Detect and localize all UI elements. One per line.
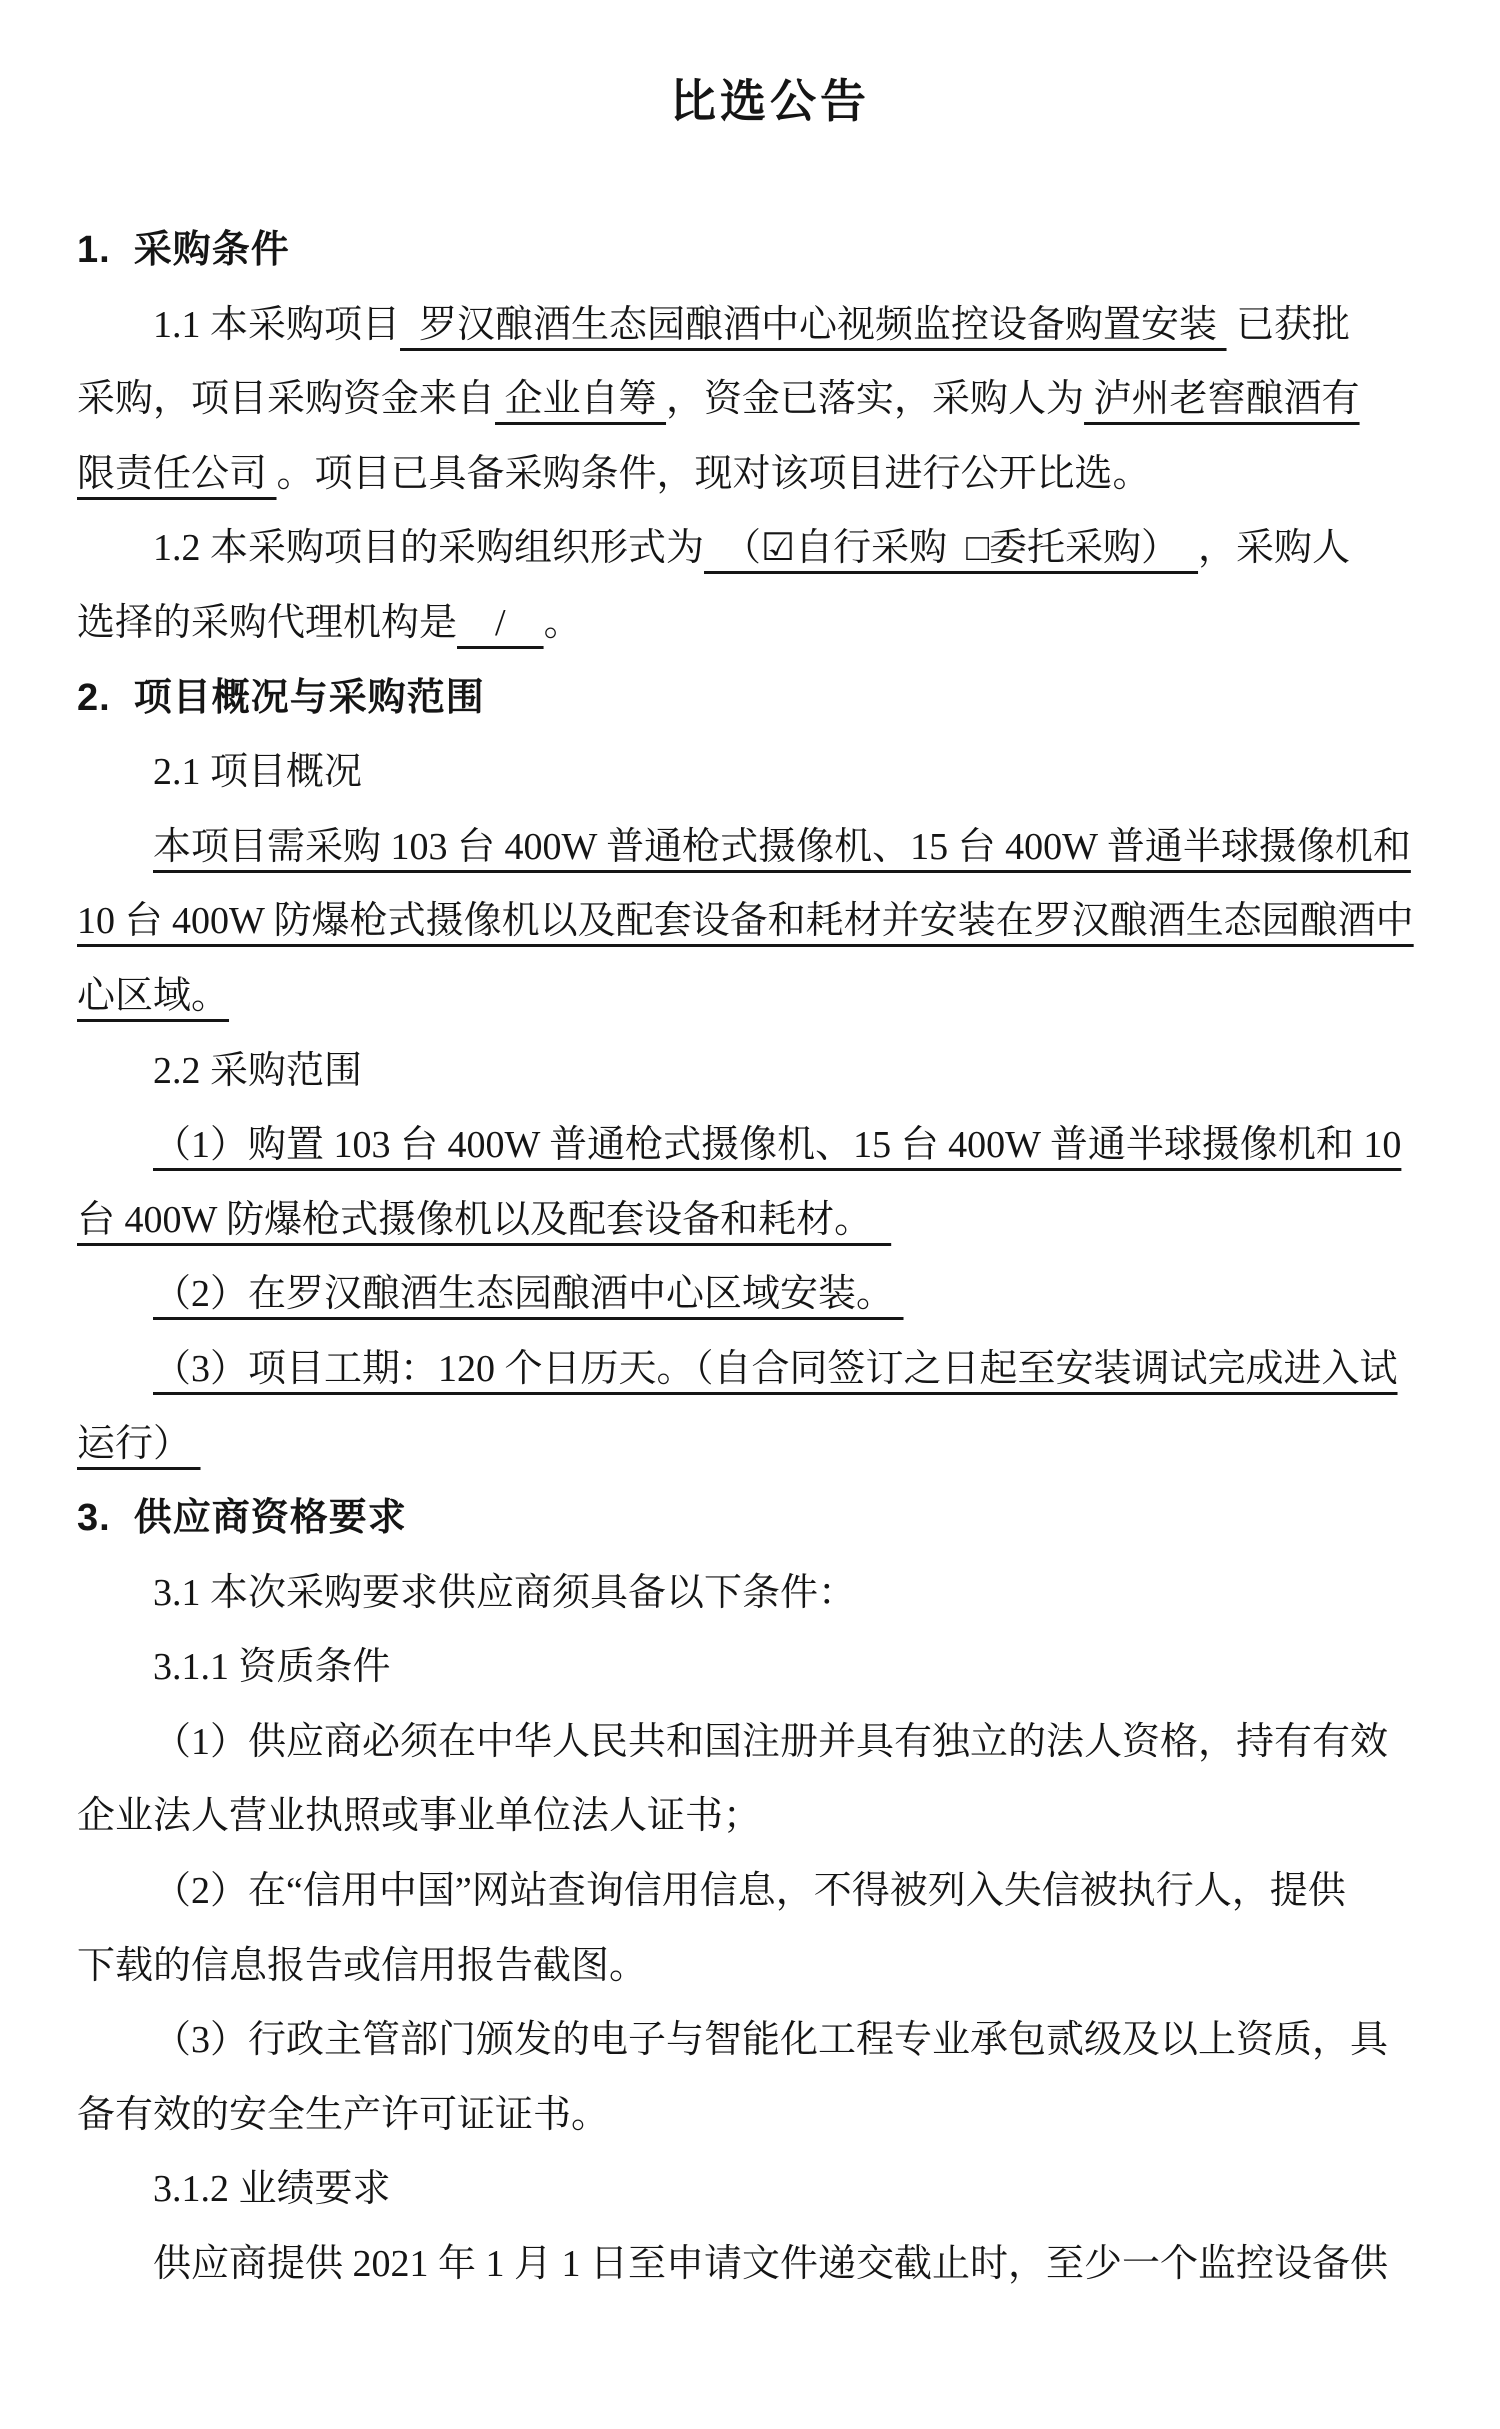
underlined-text: 台 400W 防爆枪式摄像机以及配套设备和耗材。	[77, 1199, 891, 1241]
text-segment: 选择的采购代理机构是	[77, 602, 457, 644]
text-segment: （1）供应商必须在中华人民共和国注册并具有独立的法人资格，持有有效	[153, 1721, 1388, 1763]
doc-line: （1）供应商必须在中华人民共和国注册并具有独立的法人资格，持有有效	[77, 1705, 1463, 1780]
doc-line: 限责任公司 。项目已具备采购条件，现对该项目进行公开比选。	[77, 437, 1463, 512]
doc-line: 企业法人营业执照或事业单位法人证书；	[77, 1779, 1463, 1854]
text-segment: 1.2 本采购项目的采购组织形式为	[153, 527, 704, 569]
doc-line: （1）购置 103 台 400W 普通枪式摄像机、15 台 400W 普通半球摄…	[77, 1108, 1463, 1183]
underlined-text: 泸州老窖酿酒有	[1084, 378, 1360, 420]
underlined-text: /	[457, 602, 544, 644]
doc-lines: 1. 采购条件1.1 本采购项目 罗汉酿酒生态园酿酒中心视频监控设备购置安装 已…	[77, 213, 1463, 2302]
text-segment: 3.1.1 资质条件	[153, 1646, 391, 1688]
doc-line: （3）行政主管部门颁发的电子与智能化工程专业承包贰级及以上资质，具	[77, 2003, 1463, 2078]
doc-line: （2）在“信用中国”网站查询信用信息，不得被列入失信被执行人，提供	[77, 1854, 1463, 1929]
doc-line: （2）在罗汉酿酒生态园酿酒中心区域安装。	[77, 1257, 1463, 1332]
doc-line: 供应商提供 2021 年 1 月 1 日至申请文件递交截止时，至少一个监控设备供	[77, 2227, 1463, 2302]
text-segment: 已获批	[1227, 304, 1351, 346]
underlined-text: （☑自行采购 □委托采购）	[704, 527, 1198, 569]
text-segment: 2. 项目概况与采购范围	[77, 677, 485, 719]
underlined-text: 罗汉酿酒生态园酿酒中心视频监控设备购置安装	[400, 304, 1227, 346]
text-segment: 1. 采购条件	[77, 229, 290, 271]
doc-line: 采购，项目采购资金来自 企业自筹 ，资金已落实，采购人为 泸州老窖酿酒有	[77, 362, 1463, 437]
doc-line: 2.2 采购范围	[77, 1034, 1463, 1109]
text-segment: 供应商提供 2021 年 1 月 1 日至申请文件递交截止时，至少一个监控设备供	[153, 2243, 1388, 2285]
text-segment: 备有效的安全生产许可证证书。	[77, 2094, 609, 2136]
doc-line: 1.1 本采购项目 罗汉酿酒生态园酿酒中心视频监控设备购置安装 已获批	[77, 288, 1463, 363]
text-segment: 3. 供应商资格要求	[77, 1497, 407, 1539]
text-segment: 。	[544, 602, 582, 644]
text-segment: 1.1 本采购项目	[153, 304, 400, 346]
doc-line: 10 台 400W 防爆枪式摄像机以及配套设备和耗材并安装在罗汉酿酒生态园酿酒中	[77, 884, 1463, 959]
doc-line: 2.1 项目概况	[77, 735, 1463, 810]
underlined-text: 限责任公司	[77, 453, 277, 495]
text-segment: 2.2 采购范围	[153, 1050, 362, 1092]
doc-line: 心区域。	[77, 959, 1463, 1034]
underlined-text: 10 台 400W 防爆枪式摄像机以及配套设备和耗材并安装在罗汉酿酒生态园酿酒中	[77, 900, 1414, 942]
text-segment: （2）在“信用中国”网站查询信用信息，不得被列入失信被执行人，提供	[153, 1870, 1346, 1912]
text-segment: （3）行政主管部门颁发的电子与智能化工程专业承包贰级及以上资质，具	[153, 2019, 1388, 2061]
text-segment: ，采购人	[1198, 527, 1350, 569]
text-segment: 采购，项目采购资金来自	[77, 378, 495, 420]
section-heading: 2. 项目概况与采购范围	[77, 661, 1463, 736]
doc-line: 3.1.1 资质条件	[77, 1630, 1463, 1705]
section-heading: 3. 供应商资格要求	[77, 1481, 1463, 1556]
text-segment: 下载的信息报告或信用报告截图。	[77, 1945, 647, 1987]
doc-line: 下载的信息报告或信用报告截图。	[77, 1929, 1463, 2004]
doc-line: 台 400W 防爆枪式摄像机以及配套设备和耗材。	[77, 1183, 1463, 1258]
underlined-text: （3）项目工期：120 个日历天。（自合同签订之日起至安装调试完成进入试	[153, 1348, 1398, 1390]
text-segment: 3.1.2 业绩要求	[153, 2168, 391, 2210]
page: { "page": { "background_color": "#ffffff…	[0, 0, 1500, 2429]
text-segment: 企业法人营业执照或事业单位法人证书；	[77, 1795, 761, 1837]
section-heading: 1. 采购条件	[77, 213, 1463, 288]
text-segment: 3.1 本次采购要求供应商须具备以下条件：	[153, 1572, 856, 1614]
document-title: 比选公告	[77, 64, 1463, 139]
doc-line: 3.1.2 业绩要求	[77, 2152, 1463, 2227]
underlined-text: （1）购置 103 台 400W 普通枪式摄像机、15 台 400W 普通半球摄…	[153, 1124, 1401, 1166]
doc-line: 1.2 本采购项目的采购组织形式为 （☑自行采购 □委托采购） ，采购人	[77, 511, 1463, 586]
doc-line: 本项目需采购 103 台 400W 普通枪式摄像机、15 台 400W 普通半球…	[77, 810, 1463, 885]
doc-line: 选择的采购代理机构是 / 。	[77, 586, 1463, 661]
doc-line: （3）项目工期：120 个日历天。（自合同签订之日起至安装调试完成进入试	[77, 1332, 1463, 1407]
text-segment: 2.1 项目概况	[153, 751, 362, 793]
underlined-text: 本项目需采购 103 台 400W 普通枪式摄像机、15 台 400W 普通半球…	[153, 826, 1411, 868]
document-page: 比选公告 1. 采购条件1.1 本采购项目 罗汉酿酒生态园酿酒中心视频监控设备购…	[77, 64, 1463, 2302]
doc-line: 3.1 本次采购要求供应商须具备以下条件：	[77, 1556, 1463, 1631]
underlined-text: 运行）	[77, 1423, 201, 1465]
underlined-text: 企业自筹	[495, 378, 666, 420]
doc-line: 备有效的安全生产许可证证书。	[77, 2078, 1463, 2153]
underlined-text: （2）在罗汉酿酒生态园酿酒中心区域安装。	[153, 1273, 904, 1315]
text-segment: 。项目已具备采购条件，现对该项目进行公开比选。	[277, 453, 1151, 495]
text-segment: ，资金已落实，采购人为	[666, 378, 1084, 420]
underlined-text: 心区域。	[77, 975, 229, 1017]
doc-line: 运行）	[77, 1407, 1463, 1482]
